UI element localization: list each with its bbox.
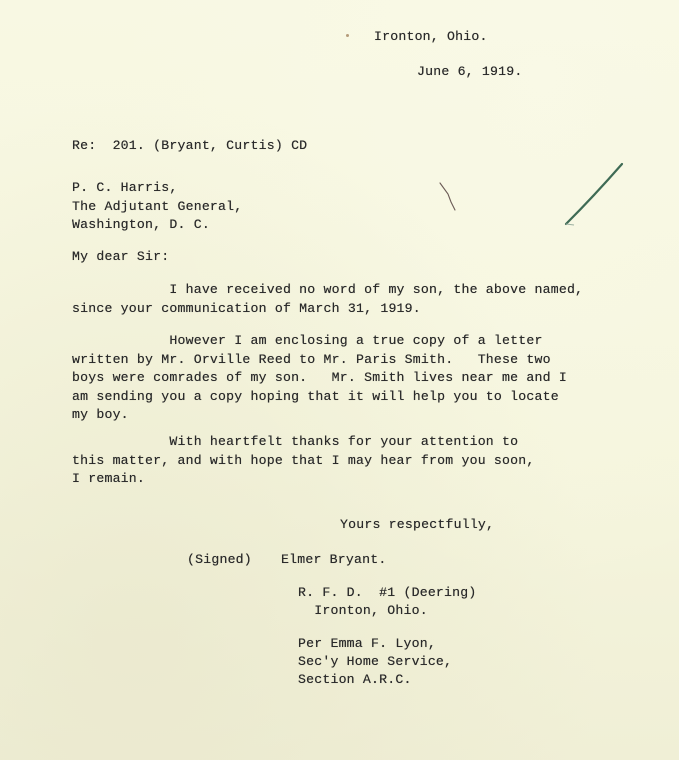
signed-label: (Signed) [187,550,252,569]
paragraph-line: written by Mr. Orville Reed to Mr. Paris… [72,350,551,369]
stroke-mark-icon [436,180,466,215]
salutation: My dear Sir: [72,247,169,266]
paragraph-line: since your communication of March 31, 19… [72,299,421,318]
paragraph-line: However I am enclosing a true copy of a … [72,331,543,350]
letter-page: Ironton, Ohio. June 6, 1919. Re: 201. (B… [0,0,679,760]
recipient-name: P. C. Harris, [72,178,177,197]
paragraph-line: boys were comrades of my son. Mr. Smith … [72,368,567,387]
letter-place: Ironton, Ohio. [374,27,488,46]
address-line: Ironton, Ohio. [298,601,428,620]
signer-name: Elmer Bryant. [281,550,386,569]
check-mark-icon [560,160,630,232]
per-line: Sec'y Home Service, [298,652,452,671]
paragraph-line: I remain. [72,469,145,488]
recipient-title: The Adjutant General, [72,197,242,216]
address-line: R. F. D. #1 (Deering) [298,583,477,602]
letter-date: June 6, 1919. [417,62,522,81]
paragraph-line: I have received no word of my son, the a… [72,280,583,299]
letter-reference: Re: 201. (Bryant, Curtis) CD [72,136,307,155]
ink-speck [346,34,349,37]
per-line: Section A.R.C. [298,670,412,689]
paragraph-line: this matter, and with hope that I may he… [72,451,535,470]
paragraph-line: am sending you a copy hoping that it wil… [72,387,559,406]
recipient-location: Washington, D. C. [72,215,210,234]
paragraph-line: my boy. [72,405,129,424]
paragraph-line: With heartfelt thanks for your attention… [72,432,518,451]
closing: Yours respectfully, [340,515,494,534]
per-line: Per Emma F. Lyon, [298,634,436,653]
